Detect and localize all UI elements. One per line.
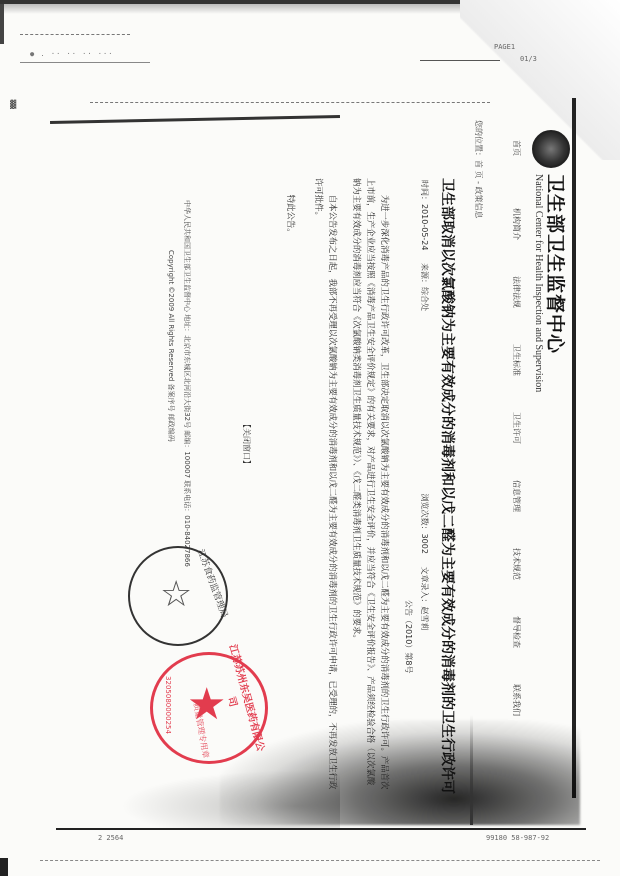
left-margin-mark: ▓ (10, 100, 16, 109)
black-official-seal: ☆ 江苏食药监管理局 (128, 546, 228, 646)
fax-page-label: PAGE1 (494, 43, 515, 51)
nav-laws[interactable]: 法律法规 (504, 256, 522, 324)
sheet-bottom-left-edge (0, 858, 8, 876)
fax-bottom-dash (40, 860, 600, 862)
article-body: 为进一步深化消毒产品的卫生行政许可改革，卫生部决定取消以次氯酸钠为主要有效成分的… (276, 178, 392, 790)
nav-contact[interactable]: 联系我们 (504, 664, 522, 732)
article-signoff: 特此公告。 (284, 195, 298, 790)
nav-home[interactable]: 首页 (504, 120, 522, 188)
view-count: 浏览次数：3002 (420, 494, 429, 554)
ministry-emblem-icon (532, 130, 570, 168)
sheet-left-edge (0, 4, 4, 44)
nav-standards[interactable]: 卫生标准 (504, 324, 522, 392)
footer-address: 中华人民共和国卫生部卫生监督中心 地址：北京市东城区北河沿大街32号 邮编：10… (182, 200, 192, 567)
breadcrumb: 您的位置：首 页 - 政策信息 (473, 120, 484, 219)
fax-header-line (20, 62, 150, 63)
site-subtitle: National Center for Health Inspection an… (533, 174, 544, 392)
site-header: 卫生部卫生监督中心 National Center for Health Ins… (510, 120, 580, 800)
article-paragraph: 自本公告发布之日起，我部不再受理以次氯酸钠为主要有效成分的消毒剂和以戊二醛为主要… (312, 178, 340, 790)
document-number: 公告（2010）第8号 (403, 600, 414, 673)
nav-licensing[interactable]: 卫生许可 (504, 392, 522, 460)
main-nav: 首页 机构简介 法律法规 卫生标准 卫生许可 信息管理 技术规范 督导检查 联系… (504, 120, 522, 800)
fax-bottom-right-code: 99180 58-987-92 (486, 834, 549, 842)
nav-inspection[interactable]: 督导检查 (504, 596, 522, 664)
nav-information[interactable]: 信息管理 (504, 460, 522, 528)
red-seal-code: 3205080000254 (164, 676, 172, 734)
close-window-link[interactable]: 【关闭窗口】 (241, 420, 252, 468)
fax-bottom-left-code: 2 2564 (98, 834, 123, 842)
article-meta: 时间：2010-05-24 来源：综合处 浏览次数：3002 文章录入：赵雪莉 (419, 180, 430, 641)
fax-header-rule (420, 60, 500, 61)
fax-header-dash (20, 34, 130, 36)
nav-about[interactable]: 机构简介 (504, 188, 522, 256)
fax-header-text: ● . ·· ·· ·· ··· (30, 50, 113, 58)
article-source: 来源：综合处 (420, 263, 429, 311)
article-paragraph: 为进一步深化消毒产品的卫生行政许可改革，卫生部决定取消以次氯酸钠为主要有效成分的… (350, 178, 392, 790)
red-company-seal: ★ 江苏苏州东吴医药有限公司 质量管理专用章 3205080000254 (150, 652, 268, 764)
fax-sheet: ● . ·· ·· ·· ··· PAGE1 01/3 ▓ 2 2564 991… (0, 0, 620, 876)
footer-copyright: Copyright ©2009 All Rights Reserved 备案序号… (166, 250, 176, 442)
article-editor: 文章录入：赵雪莉 (420, 567, 429, 631)
fax-page-number: 01/3 (520, 55, 537, 63)
site-title: 卫生部卫生监督中心 (543, 174, 570, 354)
article-title: 卫生部取消以次氯酸钠为主要有效成分的消毒剂和以戊二醛为主要有效成分的消毒剂的卫生… (438, 178, 458, 794)
page-bottom-rule (56, 828, 586, 830)
nav-technical[interactable]: 技术规范 (504, 528, 522, 596)
fax-transmission-line (90, 102, 490, 104)
publish-time: 时间：2010-05-24 (420, 180, 429, 251)
sheet-top-shadow (0, 4, 470, 14)
